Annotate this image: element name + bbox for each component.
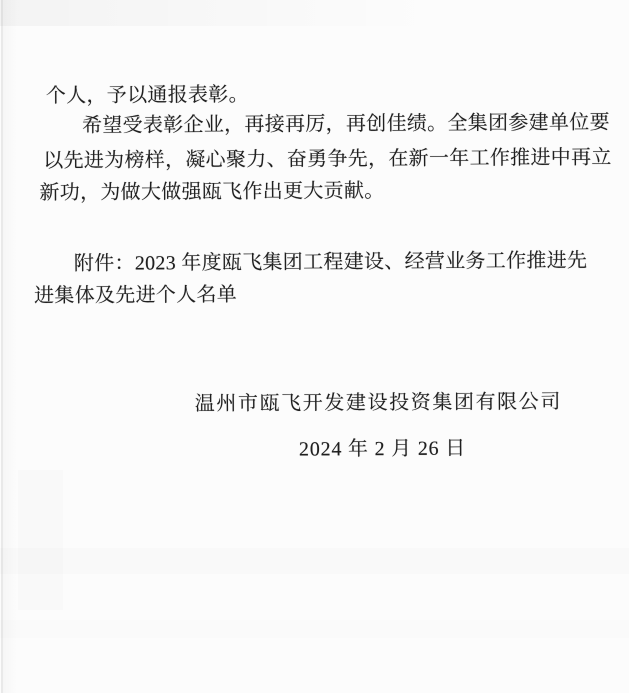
signature-company-name: 温州市瓯飞开发建设投资集团有限公司 (195, 391, 562, 415)
attachment-note-line-2: 进集体及先进个人名单 (34, 284, 237, 307)
commendation-paragraph-line-2: 以先进为榜样，凝心聚力、奋勇争先，在新一年工作推进中再立 (43, 147, 612, 172)
attachment-note-line-1: 附件：2023 年度瓯飞集团工程建设、经营业务工作推进先 (74, 250, 588, 275)
commendation-paragraph-line-1: 希望受表彰企业，再接再厉，再创佳绩。全集团参建单位要 (82, 112, 610, 137)
commendation-paragraph-line-3: 新功，为做大做强瓯飞作出更大贡献。 (39, 180, 384, 204)
scanned-document-page: 个人，予以通报表彰。 希望受表彰企业，再接再厉，再创佳绩。全集团参建单位要 以先… (0, 0, 629, 693)
document-body: 个人，予以通报表彰。 希望受表彰企业，再接再厉，再创佳绩。全集团参建单位要 以先… (0, 0, 629, 693)
paragraph-continuation-line: 个人，予以通报表彰。 (46, 84, 249, 107)
signature-date: 2024 年 2 月 26 日 (299, 438, 466, 461)
